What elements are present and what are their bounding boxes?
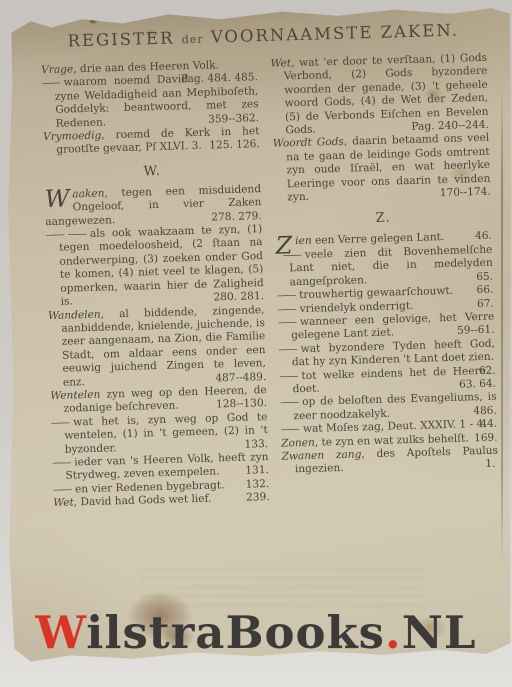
section-heading: Z. xyxy=(275,208,492,229)
entry-dash: —— xyxy=(280,397,298,409)
index-entry: Zwanen zang, des Apoſtels Paulus ingezie… xyxy=(281,445,498,478)
entry-dash: —— xyxy=(51,416,69,428)
entry-dash: —— xyxy=(278,343,296,355)
index-entry: ——veele zien dit Bovenhemelſche Lant nie… xyxy=(276,244,494,290)
entry-term: Zonen xyxy=(281,436,315,449)
entry-dash: —— xyxy=(278,316,296,328)
watermark-suffix: NL xyxy=(402,606,477,659)
page-number: 65. xyxy=(483,270,493,284)
page-number: 67. xyxy=(484,297,494,311)
entry-dash: —— —— xyxy=(46,228,86,241)
index-entry: Woordt Gods, daarin betaamd ons veel na … xyxy=(273,132,491,205)
entry-dash: —— xyxy=(279,370,297,382)
page-number: 170--174. xyxy=(447,186,491,201)
entry-term: ien xyxy=(295,235,312,247)
entry-term: Wentelen xyxy=(50,389,100,402)
book-page-photo: REGISTER der VOORNAAMSTE ZAKEN. Vrage, d… xyxy=(0,0,512,687)
entry-initial-letter: W xyxy=(44,189,69,209)
index-entry: Wet, wat 'er door te verſtaan, (1) Gods … xyxy=(270,52,489,138)
entry-term: Woordt Gods xyxy=(273,136,344,150)
entry-term: Zwanen zang xyxy=(281,448,361,462)
entry-dash: —— xyxy=(41,77,59,89)
entry-term: Wet xyxy=(53,497,74,510)
page-number: 46. xyxy=(469,230,492,244)
page-number: 59--61. xyxy=(464,324,495,338)
page-number: 125. 126. xyxy=(216,139,260,154)
index-entry: Vrymoedig, roemd de Kerk in het grootſte… xyxy=(43,125,260,158)
entry-dash: —— xyxy=(281,423,299,435)
index-entry: Wandelen, al biddende, zingende, aanbidd… xyxy=(48,304,267,390)
entry-dash: —— xyxy=(53,483,71,495)
entry-term: Vrymoedig xyxy=(43,130,102,144)
entry-term: Wet xyxy=(270,57,291,70)
index-column-right: Wet, wat 'er door te verſtaan, (1) Gods … xyxy=(270,52,499,504)
page-number: 280. 281. xyxy=(220,290,264,305)
entry-dash: —— xyxy=(52,457,70,469)
page-number: 128--130. xyxy=(223,397,267,412)
index-entry: —— ——als ook waakzaam te zyn, (1) tegen … xyxy=(46,223,265,309)
ink-bleed-through xyxy=(140,566,422,606)
page-title-part: REGISTER xyxy=(67,28,174,50)
entry-dash: —— xyxy=(277,289,295,301)
register-page-content: REGISTER der VOORNAAMSTE ZAKEN. Vrage, d… xyxy=(40,20,499,511)
entry-term: Vrage xyxy=(41,63,73,76)
page-number: 66. xyxy=(483,284,493,298)
entry-dash: —— xyxy=(277,303,295,315)
page-number: 132. xyxy=(253,478,270,492)
page-number: 359--362. xyxy=(215,112,259,127)
page-number: 169. xyxy=(481,431,498,445)
index-column-left: Vrage, drie aan des Heeren Volk. Pag. 48… xyxy=(41,58,270,510)
page-number: 133. xyxy=(251,438,268,452)
page-number: 239. xyxy=(253,491,270,505)
paper-stain xyxy=(86,16,100,26)
aged-paper-page: REGISTER der VOORNAAMSTE ZAKEN. Vrage, d… xyxy=(0,0,512,687)
page-number: 44. xyxy=(487,418,497,432)
page-edge-shadow xyxy=(501,85,503,565)
watermark: WilstraBooks.NL xyxy=(0,606,512,659)
page-number: 1. xyxy=(492,458,498,472)
page-number: 131. xyxy=(252,464,269,478)
watermark-dot: . xyxy=(385,606,402,659)
index-columns: Vrage, drie aan des Heeren Volk. Pag. 48… xyxy=(41,52,499,511)
page-number: 487--489. xyxy=(222,371,266,386)
page-title: REGISTER der VOORNAAMSTE ZAKEN. xyxy=(40,20,486,51)
index-entry: ——wat het is, zyn weg op God te wentelen… xyxy=(51,411,269,457)
entry-dash: —— xyxy=(282,249,300,261)
entry-term: aaken xyxy=(72,187,104,200)
page-title-part: der xyxy=(182,33,204,47)
index-entry: Waaken, tegen een misduidend Ongeloof, i… xyxy=(44,183,262,229)
page-number: 486. xyxy=(480,404,497,418)
page-number: 63. 64. xyxy=(466,378,496,392)
entry-term: Wandelen xyxy=(48,308,101,321)
watermark-text: ilstraBooks xyxy=(86,606,385,659)
page-title-part: VOORNAAMSTE ZAKEN. xyxy=(211,21,460,47)
section-heading: W. xyxy=(44,161,261,182)
page-number: 62. xyxy=(486,364,496,378)
watermark-initial: W xyxy=(36,606,87,659)
